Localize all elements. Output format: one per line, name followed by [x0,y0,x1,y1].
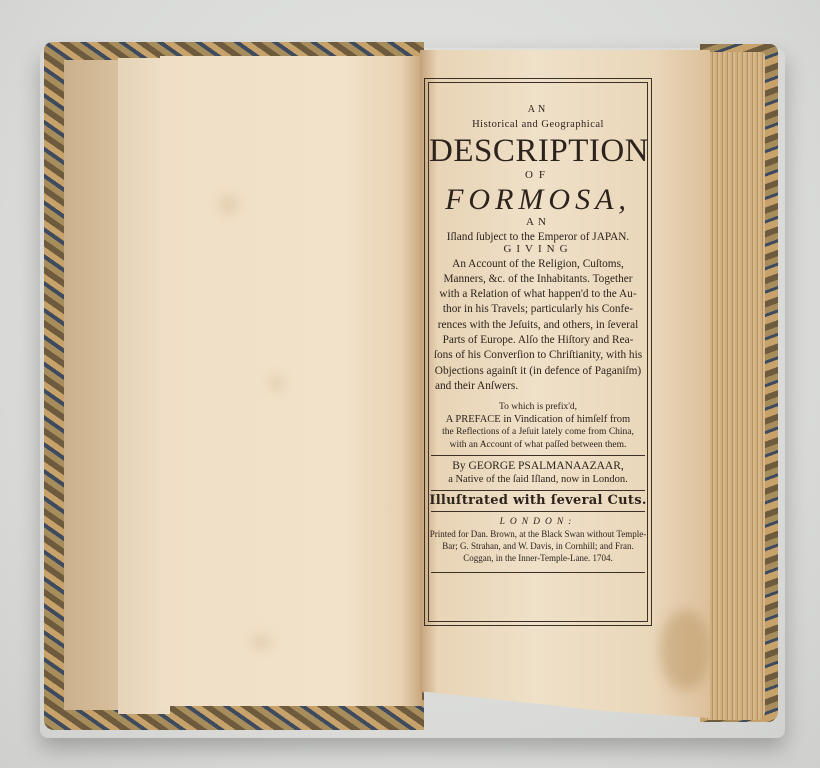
line-giving: GIVING [429,244,647,256]
rule [431,511,645,512]
author-line: By GEORGE PSALMANAAZAAR, [429,459,647,473]
account-line: and their Anſwers. [429,379,647,393]
account-line: ſons of his Converſion to Chriſtianity, … [429,348,647,362]
line-historical-geographical: Historical and Geographical [429,119,647,130]
imprint-london: LONDON: [429,518,647,528]
imprint-line: Bar; G. Strahan, and W. Davis, in Cornhi… [429,540,647,552]
imprint-line: Printed for Dan. Brown, at the Black Swa… [429,528,647,540]
account-line: Manners, &c. of the Inhabitants. Togethe… [429,272,647,286]
author-subline: a Native of the ſaid Iſland, now in Lond… [429,473,647,487]
account-line: rences with the Jeſuits, and others, in … [429,318,647,332]
rule [431,572,645,573]
inner-border: AN Historical and Geographical DESCRIPTI… [428,82,648,622]
foxing-spot [270,376,284,390]
line-island: Iſland ſubject to the Emperor of JAPAN. [429,230,647,244]
preface-line: A PREFACE in Vindication of himſelf from [429,413,647,426]
line-prefixed: To which is prefix'd, [429,403,647,413]
blank-left-page [160,56,422,706]
rule [431,490,645,491]
title-formosa: FORMOSA, [429,184,647,216]
title-page-text-frame: AN Historical and Geographical DESCRIPTI… [424,78,652,626]
foxing-spot [250,636,272,648]
rule [431,455,645,456]
account-line: thor in his Travels; particularly his Co… [429,302,647,316]
line-of: OF [429,170,647,182]
preface-line: with an Account of what paſſed between t… [429,439,647,452]
account-line: Parts of Europe. Alſo the Hiſtory and Re… [429,333,647,347]
account-line: Objections againſt it (in defence of Pag… [429,364,647,378]
imprint-line: Coggan, in the Inner-Temple-Lane. 1704. [429,552,647,564]
preface-line: the Reflections of a Jeſuit lately come … [429,426,647,439]
page-edges [705,52,765,720]
water-stain [660,610,710,690]
line-an: AN [429,105,647,116]
account-line: An Account of the Religion, Cuſtoms, [429,257,647,271]
endpaper [64,60,124,710]
line-an-2: AN [429,217,647,229]
account-line: with a Relation of what happen'd to the … [429,287,647,301]
title-description: DESCRIPTION [429,134,647,169]
foxing-spot [220,196,238,214]
illustrated-line: Illuſtrated with ſeveral Cuts. [429,494,647,508]
